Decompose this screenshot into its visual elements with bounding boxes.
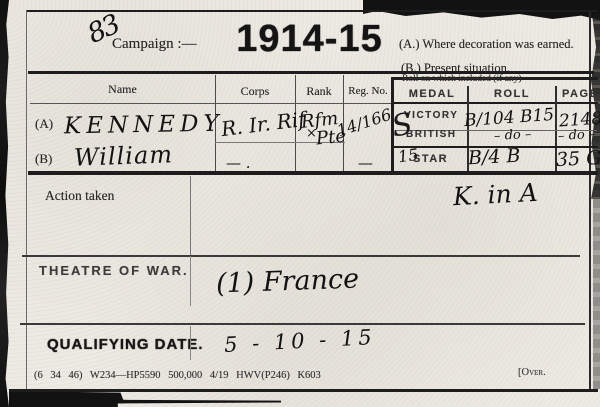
row-a-label: (A) [35, 116, 53, 132]
action-taken-label: Action taken [45, 188, 114, 204]
campaign-title: 1914-15 [222, 18, 397, 61]
action-taken-value: K. in A [452, 178, 538, 211]
corps-blank-dash: — . [226, 154, 251, 172]
british-page-ditto: – do – [558, 127, 596, 144]
theatre-section-divider [190, 256, 191, 306]
theatre-of-war-value: (1) France [216, 264, 360, 300]
printer-imprint: (6 34 46) W234—HP5590 500,000 4/19 HWV(P… [34, 370, 321, 381]
action-bottom-rule [22, 255, 580, 257]
over-note: [Over. [518, 367, 546, 378]
qualifying-date-value: 5 - 10 - 15 [223, 325, 376, 357]
campaign-label: Campaign :— [112, 36, 197, 53]
surname-value: KENNEDY [64, 111, 224, 140]
col-header-reg-no: Reg. No. [343, 85, 393, 97]
scan-edge-left [0, 0, 9, 407]
medal-index-card-scan: 83 Campaign :— 1914-15 (A.) Where decora… [0, 0, 600, 407]
col-header-name: Name [30, 82, 215, 97]
medal-roll-header: Roll on which included (if any) [402, 74, 522, 84]
section-divider-thick [28, 171, 598, 175]
card-border-bottom [9, 389, 598, 392]
card-border-right [589, 12, 591, 390]
col-header-rank: Rank [295, 84, 343, 99]
col-header-medal: MEDAL [398, 88, 466, 100]
card-border-left [26, 10, 27, 390]
col-header-page: PAGE [562, 88, 598, 100]
medal-row-victory-label: VICTORY [404, 110, 458, 121]
star-page-value: 35 G [555, 147, 600, 171]
action-section-divider [190, 176, 191, 255]
corps-value: R. Ir. Rif [220, 107, 307, 141]
theatre-of-war-label: THEATRE OF WAR. [39, 263, 189, 278]
medal-header-underline [393, 102, 598, 104]
british-roll-ditto: – do – [494, 127, 532, 144]
scan-edge-bottom-left [9, 391, 281, 407]
qualifying-date-label: QUALIFYING DATE. [47, 336, 204, 353]
forename-value: William [74, 140, 174, 171]
note-a: (A.) Where decoration was earned. [399, 37, 574, 52]
theatre-bottom-rule [20, 323, 585, 325]
col-header-corps: Corps [215, 84, 295, 99]
star-roll-value: B/4 B [467, 145, 521, 170]
col-header-roll: ROLL [468, 88, 556, 100]
row-b-label: (B) [35, 151, 52, 167]
card-border-top [27, 10, 597, 12]
table-header-underline [30, 103, 392, 104]
star-prefix-handwritten: 15 [397, 145, 420, 167]
reg-blank-dash: — [358, 154, 373, 172]
scan-edge-right-lower [593, 199, 600, 389]
qualifying-section-divider [190, 326, 191, 360]
